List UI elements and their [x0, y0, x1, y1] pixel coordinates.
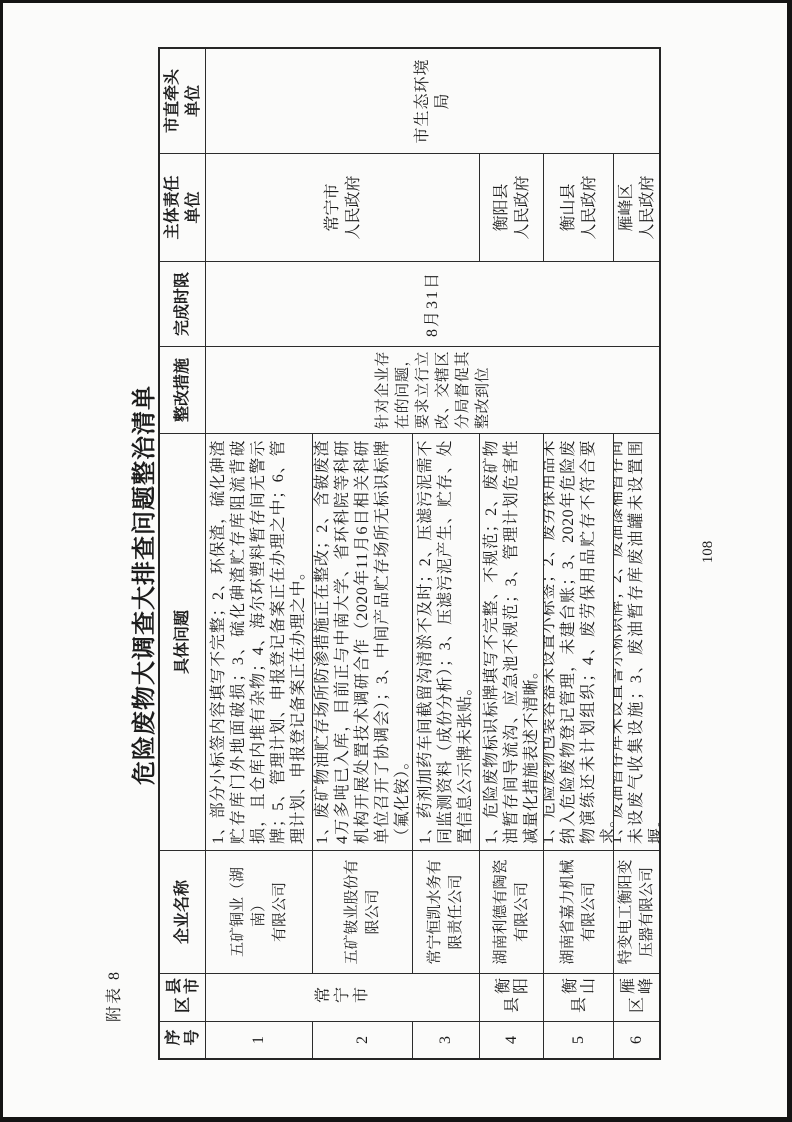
index-cell-row-5: 5 — [544, 1021, 614, 1058]
page-number: 108 — [700, 527, 717, 577]
header-lead: 市直牵头 单位 — [160, 49, 206, 153]
index-cell-row-2: 2 — [313, 1021, 413, 1058]
header-responsible: 主体责任 单位 — [160, 153, 206, 261]
index-cell-row-1: 1 — [206, 1021, 313, 1058]
company-cell-row-5: 湖南省嘉力机械 有限公司 — [544, 850, 614, 973]
company-cell-row-1: 五矿铜业（湖南） 有限公司 — [206, 850, 313, 973]
issues-cell-row-2: 1、废矿物油贮存场所防渗措施正在整改；2、含铍废渣4万多吨已入库，目前正与中南大… — [313, 433, 413, 850]
header-issues: 具体问题 — [160, 433, 206, 850]
header-measures: 整改措施 — [160, 346, 206, 433]
scan-edge-left — [0, 0, 3, 1122]
issues-cell-row-4: 1、危险废物标识标牌填写不完整、不规范；2、废矿物油暂存间导流沟、应急池不规范；… — [480, 433, 544, 850]
scan-edge-top — [0, 0, 792, 3]
header-company: 企业名称 — [160, 850, 206, 973]
index-cell-row-6: 6 — [614, 1021, 659, 1058]
index-cell-row-3: 3 — [413, 1021, 480, 1058]
measures-cell-merged: 针对企业存在的问题，要求立行立改、交辖区分局督促其整改到位 — [206, 346, 659, 433]
rectification-table: 序号 县市区 企业名称 具体问题 整改措施 完成时限 主体责任 单位 市直牵头 … — [158, 47, 661, 1060]
appendix-label: 附表 8 — [101, 970, 124, 1022]
rotated-content: 附表 8 危险废物大调查大排查问题整治清单 序号 县市区 企业名称 具体问题 整… — [90, 40, 730, 1065]
issues-cell-row-1: 1、部分小标签内容填写不完整；2、环保渣，硫化砷渣贮存库门外地面破损；3、硫化砷… — [206, 433, 313, 850]
responsible-cell-rows-1-3: 常宁市 人民政府 — [206, 153, 480, 261]
company-cell-row-6: 特变电工衡阳变 压器有限公司 — [614, 850, 659, 973]
document-title: 危险废物大调查大排查问题整治清单 — [124, 105, 159, 1065]
header-deadline: 完成时限 — [160, 261, 206, 346]
header-district: 县市区 — [160, 973, 206, 1021]
company-cell-row-3: 常宁恒凯水务有 限责任公司 — [413, 850, 480, 973]
index-cell-row-4: 4 — [480, 1021, 544, 1058]
scan-edge-bottom — [0, 1117, 792, 1122]
scan-edge-right — [787, 0, 792, 1122]
responsible-cell-row-5: 衡山县 人民政府 — [544, 153, 614, 261]
responsible-cell-row-6: 雁峰区 人民政府 — [614, 153, 659, 261]
district-cell-rows-1-3: 常宁市 — [206, 973, 480, 1021]
document-page: 附表 8 危险废物大调查大排查问题整治清单 序号 县市区 企业名称 具体问题 整… — [0, 0, 792, 1122]
lead-unit-cell-merged: 市生态环境局 — [206, 49, 659, 153]
district-cell-row-6: 雁峰区 — [614, 973, 659, 1021]
issues-cell-row-6: 1、废油暂存库未设置警示标识牌；2、废油漆桶暂存间未设废气收集设施；3、废油暂存… — [614, 433, 659, 850]
issues-cell-row-5: 1、危险废物包装容器未设置小标签；2、废劳保用品未纳入危险废物登记管理，未建台账… — [544, 433, 614, 850]
responsible-cell-row-4: 衡阳县 人民政府 — [480, 153, 544, 261]
company-cell-row-4: 湖南利德有陶瓷 有限公司 — [480, 850, 544, 973]
header-index: 序号 — [160, 1021, 206, 1058]
deadline-cell-merged: 8月31日 — [206, 261, 659, 346]
issues-cell-row-3: 1、药剂加药车间截留沟清淤不及时；2、压滤污泥需不同监测资料（成份分析）；3、压… — [413, 433, 480, 850]
district-cell-row-4: 衡阳县 — [480, 973, 544, 1021]
company-cell-row-2: 五矿铍业股份有 限公司 — [313, 850, 413, 973]
district-cell-row-5: 衡山县 — [544, 973, 614, 1021]
